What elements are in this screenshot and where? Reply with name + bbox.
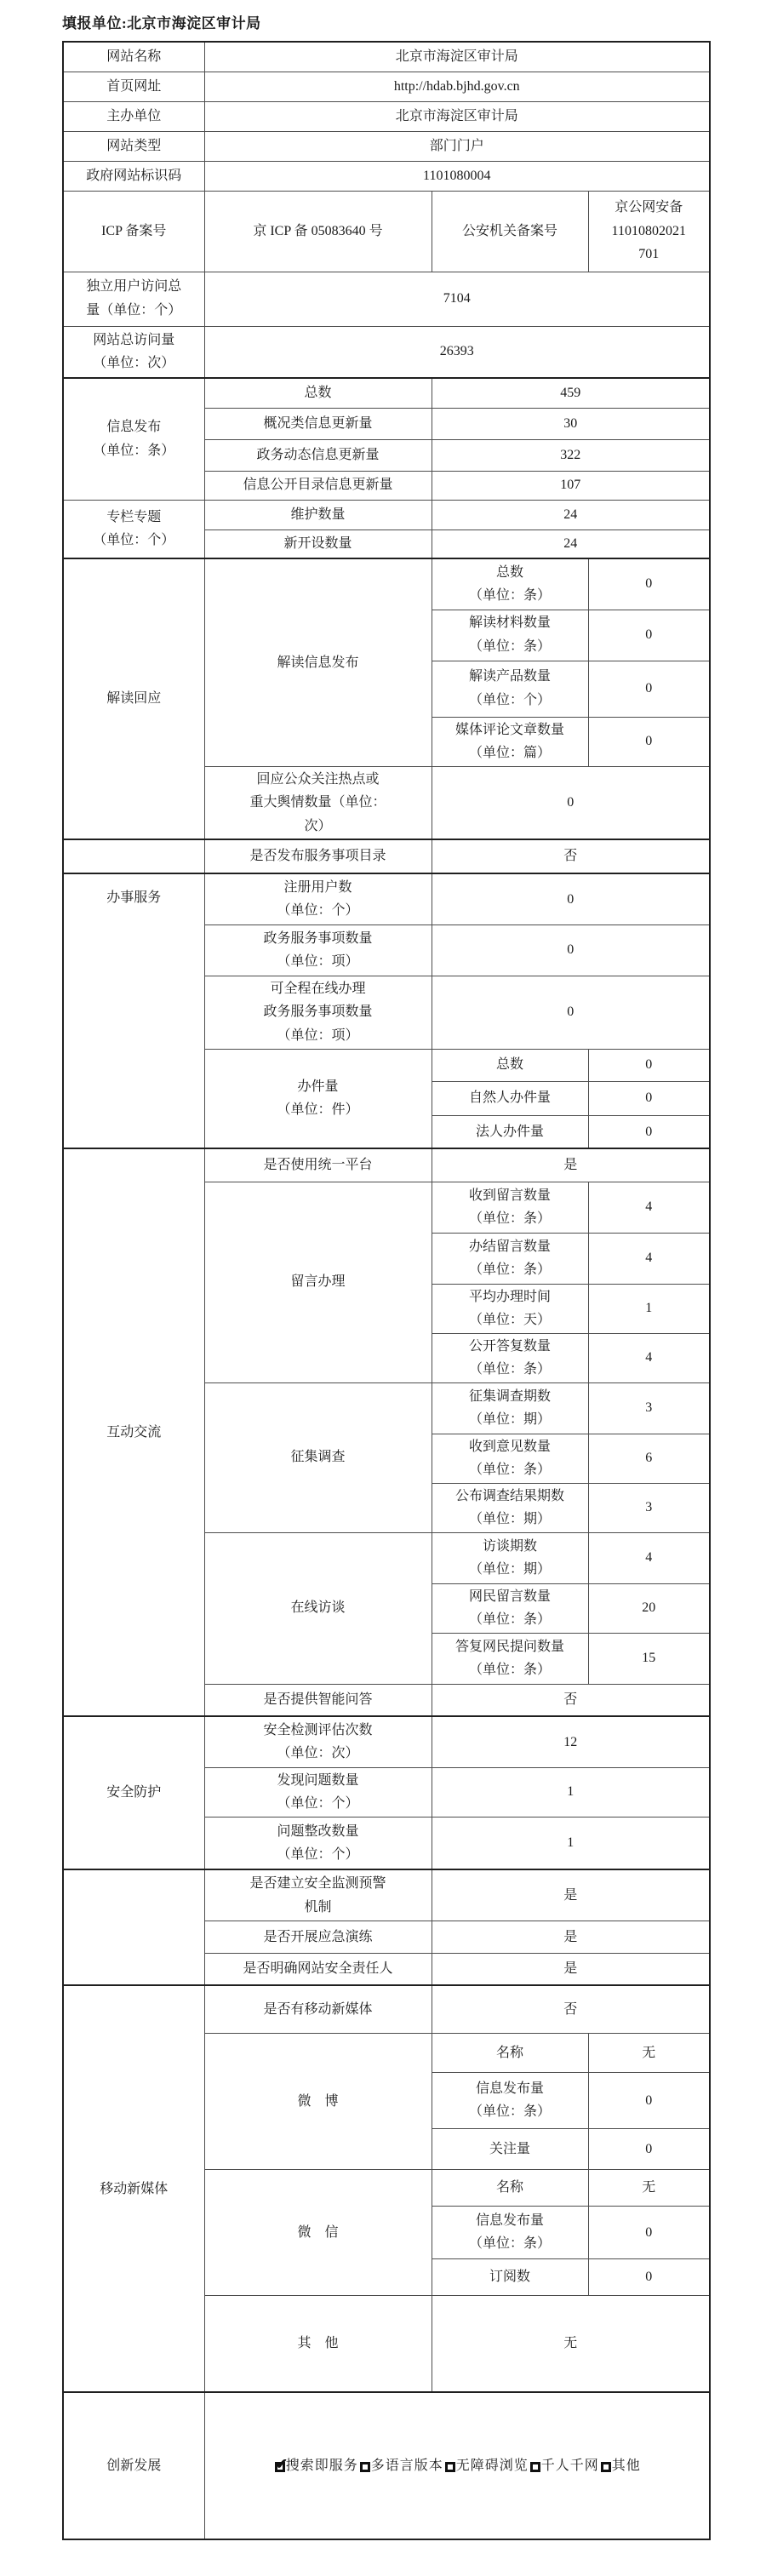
checkbox-thousand-people-thousand-sites[interactable] [530, 2462, 540, 2472]
section-label-cell: 安全防护 [63, 1716, 204, 1869]
empty-cell [63, 839, 204, 873]
value-cell: 0 [588, 2258, 710, 2295]
section-label-cell: 办事服务 [63, 873, 204, 1148]
sub-label-cell: 公安机关备案号 [432, 191, 588, 272]
value-cell: 24 [432, 530, 710, 558]
checkbox-search-as-service[interactable] [275, 2462, 285, 2472]
sub-label-cell: 信息公开目录信息更新量 [204, 471, 432, 500]
value-cell: 是 [432, 1921, 710, 1953]
sub-label-cell: 其 他 [204, 2295, 432, 2392]
report-table: 网站名称北京市海淀区审计局首页网址http://hdab.bjhd.gov.cn… [62, 41, 711, 2540]
sub-label-cell: 信息发布量 （单位：条） [432, 2206, 588, 2258]
value-cell: 3 [588, 1382, 710, 1434]
sub-label-cell: 收到留言数量 （单位：条） [432, 1182, 588, 1233]
sub-label-cell: 征集调查 [204, 1382, 432, 1532]
field-label-cell: 网站总访问量 （单位：次） [63, 326, 204, 378]
value-cell: http://hdab.bjhd.gov.cn [204, 72, 710, 101]
value-cell: 3 [588, 1483, 710, 1532]
value-cell: 北京市海淀区审计局 [204, 101, 710, 131]
sub-label-cell: 办件量 （单位：件） [204, 1049, 432, 1148]
sub-label-cell: 总数 （单位：条） [432, 558, 588, 610]
value-cell: 0 [432, 924, 710, 976]
sub-label-cell: 网民留言数量 （单位：条） [432, 1583, 588, 1633]
table-row: 信息发布 （单位：条）总数459 [63, 378, 710, 408]
table-row: 主办单位北京市海淀区审计局 [63, 101, 710, 131]
value-cell: 107 [432, 471, 710, 500]
sub-label-cell: 媒体评论文章数量 （单位：篇） [432, 717, 588, 766]
field-label-cell: 首页网址 [63, 72, 204, 101]
section-label-cell: 信息发布 （单位：条） [63, 378, 204, 500]
value-cell: 0 [588, 717, 710, 766]
sub-label-cell: 是否明确网站安全责任人 [204, 1953, 432, 1985]
sub-label-cell: 是否提供智能问答 [204, 1684, 432, 1716]
table-row: 是否发布服务事项目录否 [63, 839, 710, 873]
table-row: 网站总访问量 （单位：次）26393 [63, 326, 710, 378]
sub-label-cell: 平均办理时间 （单位：天） [432, 1284, 588, 1333]
sub-label-cell: 概况类信息更新量 [204, 408, 432, 439]
value-cell: 否 [432, 1684, 710, 1716]
checkbox-label: 无障碍浏览 [456, 2459, 529, 2473]
sub-label-cell: 法人办件量 [432, 1115, 588, 1148]
table-row: 移动新媒体是否有移动新媒体否 [63, 1985, 710, 2033]
value-cell: 322 [432, 439, 710, 471]
value-cell: 0 [432, 766, 710, 839]
sub-label-cell: 新开设数量 [204, 530, 432, 558]
table-row: 安全防护安全检测评估次数 （单位：次）12 [63, 1716, 710, 1767]
section-label-cell: 解读回应 [63, 558, 204, 839]
value-cell: 0 [588, 2206, 710, 2258]
table-row: 是否建立安全监测预警 机制是 [63, 1869, 710, 1921]
field-label-cell: 独立用户访问总 量（单位：个） [63, 272, 204, 326]
innovation-options-cell: 搜索即服务多语言版本无障碍浏览千人千网其他 [204, 2392, 710, 2539]
report-table-body: 网站名称北京市海淀区审计局首页网址http://hdab.bjhd.gov.cn… [63, 42, 710, 2539]
sub-label-cell: 公开答复数量 （单位：条） [432, 1333, 588, 1382]
value-cell: 6 [588, 1434, 710, 1483]
value-cell: 4 [588, 1233, 710, 1284]
sub-label-cell: 留言办理 [204, 1182, 432, 1382]
table-row: 首页网址http://hdab.bjhd.gov.cn [63, 72, 710, 101]
checkbox-label: 千人千网 [541, 2459, 599, 2473]
table-row: 网站名称北京市海淀区审计局 [63, 42, 710, 72]
sub-label-cell: 征集调查期数 （单位：期） [432, 1382, 588, 1434]
sub-label-cell: 回应公众关注热点或 重大舆情数量（单位： 次） [204, 766, 432, 839]
field-label-cell: ICP 备案号 [63, 191, 204, 272]
checkbox-barrier-free-browsing[interactable] [445, 2462, 455, 2472]
value-cell: 0 [588, 610, 710, 661]
value-cell: 1101080004 [204, 161, 710, 191]
sub-label-cell: 总数 [204, 378, 432, 408]
section-label-cell: 移动新媒体 [63, 1985, 204, 2392]
value-cell: 26393 [204, 326, 710, 378]
sub-label-cell: 可全程在线办理 政务服务事项数量 （单位：项） [204, 976, 432, 1049]
empty-cell [63, 1869, 204, 1985]
value-cell: 否 [432, 1985, 710, 2033]
value-cell: 459 [432, 378, 710, 408]
sub-label-cell: 在线访谈 [204, 1532, 432, 1684]
sub-label-cell: 政务动态信息更新量 [204, 439, 432, 471]
sub-label-cell: 总数 [432, 1049, 588, 1081]
sub-label-cell: 政务服务事项数量 （单位：项） [204, 924, 432, 976]
table-row: 政府网站标识码1101080004 [63, 161, 710, 191]
value-cell: 7104 [204, 272, 710, 326]
value-cell: 否 [432, 839, 710, 873]
sub-label-cell: 是否发布服务事项目录 [204, 839, 432, 873]
sub-label-cell: 订阅数 [432, 2258, 588, 2295]
sub-label-cell: 解读材料数量 （单位：条） [432, 610, 588, 661]
value-cell: 无 [432, 2295, 710, 2392]
value-cell: 0 [432, 976, 710, 1049]
value-cell: 1 [588, 1284, 710, 1333]
value-cell: 无 [588, 2033, 710, 2072]
table-row: ICP 备案号京 ICP 备 05083640 号公安机关备案号京公网安备 11… [63, 191, 710, 272]
table-row: 独立用户访问总 量（单位：个）7104 [63, 272, 710, 326]
table-row: 网站类型部门门户 [63, 131, 710, 161]
value-cell: 20 [588, 1583, 710, 1633]
section-label-cell: 专栏专题 （单位：个） [63, 500, 204, 558]
value-cell: 是 [432, 1869, 710, 1921]
value-cell: 4 [588, 1532, 710, 1583]
value-cell: 4 [588, 1333, 710, 1382]
value-cell: 0 [588, 1049, 710, 1081]
value-cell: 京公网安备 11010802021 701 [588, 191, 710, 272]
field-label-cell: 政府网站标识码 [63, 161, 204, 191]
section-label-cell: 互动交流 [63, 1148, 204, 1716]
checkbox-other[interactable] [601, 2462, 611, 2472]
sub-label-cell: 微 信 [204, 2169, 432, 2295]
value-cell: 是 [432, 1148, 710, 1182]
value-cell: 是 [432, 1953, 710, 1985]
table-row: 办事服务注册用户数 （单位：个）0 [63, 873, 710, 924]
sub-label-cell: 自然人办件量 [432, 1081, 588, 1115]
sub-label-cell: 是否开展应急演练 [204, 1921, 432, 1953]
field-label-cell: 网站类型 [63, 131, 204, 161]
value-cell: 24 [432, 500, 710, 530]
sub-label-cell: 微 博 [204, 2033, 432, 2169]
value-cell: 30 [432, 408, 710, 439]
checkbox-label: 多语言版本 [371, 2459, 443, 2473]
sub-label-cell: 注册用户数 （单位：个） [204, 873, 432, 924]
value-cell: 北京市海淀区审计局 [204, 42, 710, 72]
value-cell: 部门门户 [204, 131, 710, 161]
value-cell: 1 [432, 1817, 710, 1869]
value-cell: 京 ICP 备 05083640 号 [204, 191, 432, 272]
sub-label-cell: 访谈期数 （单位：期） [432, 1532, 588, 1583]
sub-label-cell: 是否建立安全监测预警 机制 [204, 1869, 432, 1921]
table-row: 专栏专题 （单位：个）维护数量24 [63, 500, 710, 530]
table-row: 创新发展搜索即服务多语言版本无障碍浏览千人千网其他 [63, 2392, 710, 2539]
sub-label-cell: 解读信息发布 [204, 558, 432, 766]
sub-label-cell: 答复网民提问数量 （单位：条） [432, 1633, 588, 1684]
field-label-cell: 主办单位 [63, 101, 204, 131]
sub-label-cell: 是否有移动新媒体 [204, 1985, 432, 2033]
sub-label-cell: 问题整改数量 （单位：个） [204, 1817, 432, 1869]
sub-label-cell: 办结留言数量 （单位：条） [432, 1233, 588, 1284]
sub-label-cell: 安全检测评估次数 （单位：次） [204, 1716, 432, 1767]
section-label-cell: 创新发展 [63, 2392, 204, 2539]
value-cell: 0 [588, 661, 710, 717]
sub-label-cell: 信息发布量 （单位：条） [432, 2072, 588, 2128]
value-cell: 无 [588, 2169, 710, 2206]
value-cell: 4 [588, 1182, 710, 1233]
checkbox-label: 其他 [612, 2459, 641, 2473]
value-cell: 1 [432, 1767, 710, 1817]
sub-label-cell: 名称 [432, 2033, 588, 2072]
checkbox-label: 搜索即服务 [286, 2459, 358, 2473]
page-title: 填报单位:北京市海淀区审计局 [62, 11, 261, 32]
sub-label-cell: 关注量 [432, 2128, 588, 2169]
value-cell: 0 [432, 873, 710, 924]
value-cell: 12 [432, 1716, 710, 1767]
table-row: 互动交流是否使用统一平台是 [63, 1148, 710, 1182]
value-cell: 0 [588, 2128, 710, 2169]
value-cell: 0 [588, 1115, 710, 1148]
sub-label-cell: 维护数量 [204, 500, 432, 530]
sub-label-cell: 是否使用统一平台 [204, 1148, 432, 1182]
checkbox-multilingual-version[interactable] [360, 2462, 370, 2472]
sub-label-cell: 解读产品数量 （单位：个） [432, 661, 588, 717]
sub-label-cell: 收到意见数量 （单位：条） [432, 1434, 588, 1483]
value-cell: 0 [588, 2072, 710, 2128]
sub-label-cell: 发现问题数量 （单位：个） [204, 1767, 432, 1817]
sub-label-cell: 名称 [432, 2169, 588, 2206]
value-cell: 0 [588, 558, 710, 610]
table-row: 解读回应解读信息发布总数 （单位：条）0 [63, 558, 710, 610]
sub-label-cell: 公布调查结果期数 （单位：期） [432, 1483, 588, 1532]
field-label-cell: 网站名称 [63, 42, 204, 72]
value-cell: 0 [588, 1081, 710, 1115]
value-cell: 15 [588, 1633, 710, 1684]
